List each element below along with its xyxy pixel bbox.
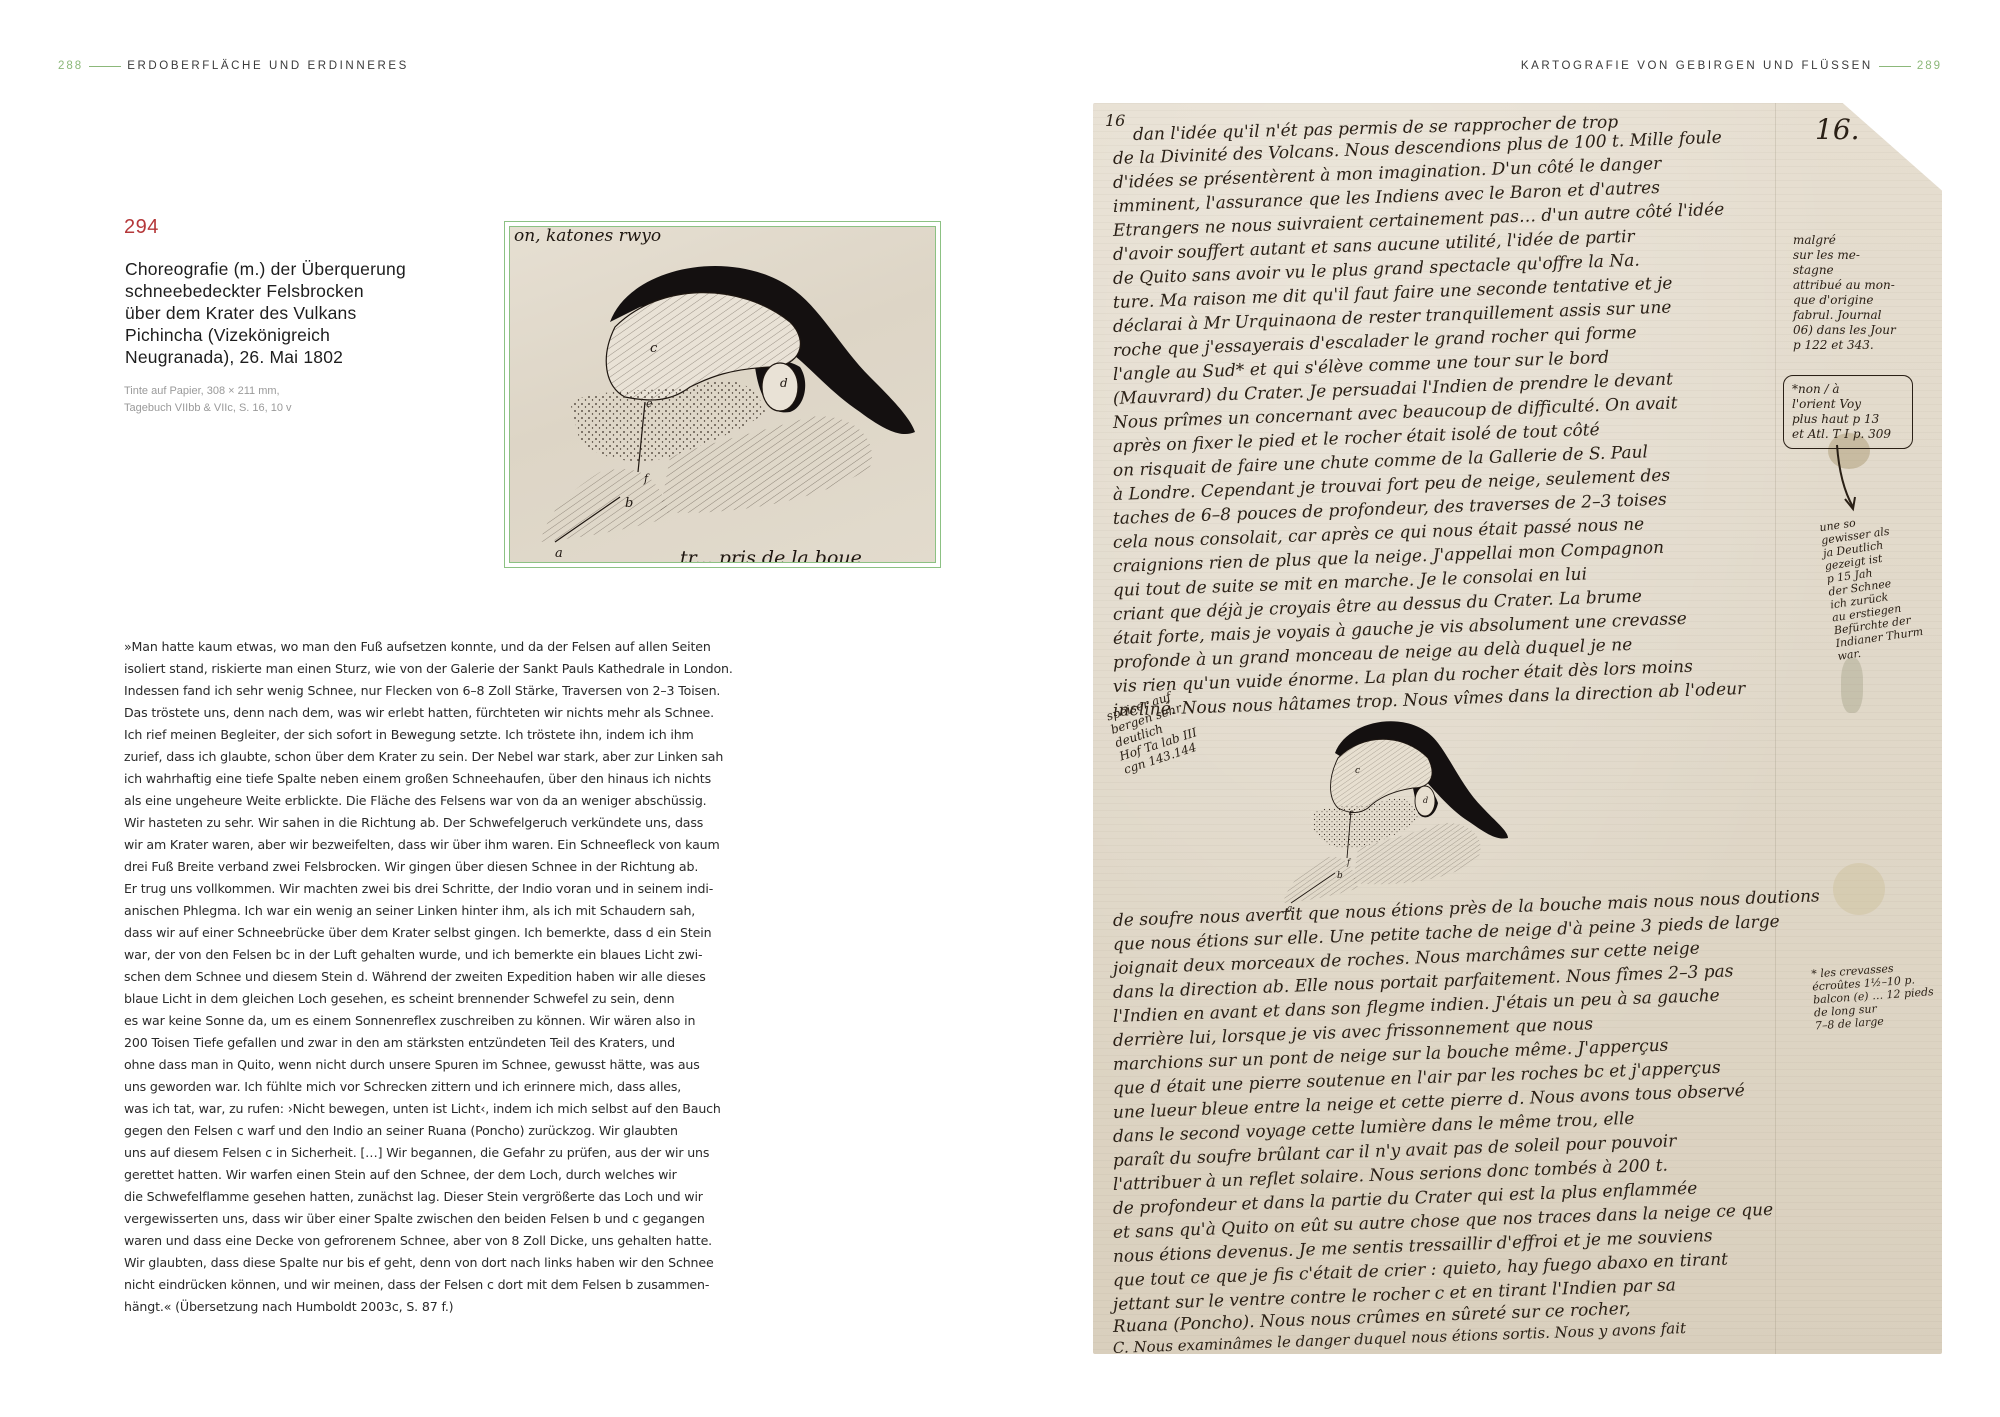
quote-line: ich wahrhaftig eine tiefe Spalte neben e… [124,768,764,790]
quote-line: Er trug uns vollkommen. Wir machten zwei… [124,878,764,900]
svg-text:on, katones rwyo: on, katones rwyo [514,227,661,246]
quote-line: Indessen fand ich sehr wenig Schnee, nur… [124,680,764,702]
quote-line: die Schwefelflamme gesehen hatten, zunäc… [124,1186,764,1208]
quote-line: was ich tat, war, zu rufen: ›Nicht beweg… [124,1098,764,1120]
margin-note: * les crevasses écroûtes 1½–10 p. balcon… [1811,959,1942,1033]
quote-line: nicht eindrücken können, und wir meinen,… [124,1274,764,1296]
quote-line: wir am Krater waren, aber wir bezweifelt… [124,834,764,856]
quote-line: gerettet hatten. Wir warfen einen Stein … [124,1164,764,1186]
folio-number-right: 16. [1815,113,1860,146]
quote-line: als eine ungeheure Weite erblickte. Die … [124,790,764,812]
svg-text:b: b [625,496,633,511]
quote-line: isoliert stand, riskierte man einen Stur… [124,658,764,680]
svg-text:c: c [1355,766,1360,776]
quote-line: 200 Toisen Tiefe gefallen und zwar in de… [124,1032,764,1054]
quote-line: dass wir auf einer Schneebrücke über dem… [124,922,764,944]
svg-text:d: d [780,376,788,390]
quote-line: gegen den Felsen c warf und den Indio an… [124,1120,764,1142]
quote-line: vergewisserten uns, dass wir über einer … [124,1208,764,1230]
page-number-right: 289 [1917,60,1942,72]
margin-note: une so gewisser als ja Deutlich gezeigt … [1819,506,1942,663]
page-number-left: 288 [58,60,83,72]
chapter-title-left: ERDOBERFLÄCHE UND ERDINNERES [127,60,409,72]
catalog-title: Choreografie (m.) der Überquerung schnee… [125,258,465,368]
running-head-rule [1879,66,1911,67]
quote-line: es war keine Sonne da, um es einem Sonne… [124,1010,764,1032]
quote-line: drei Fuß Breite verband zwei Felsbrocken… [124,856,764,878]
running-head-right: KARTOGRAFIE VON GEBIRGEN UND FLÜSSEN 289 [1521,58,1942,74]
quote-line: anischen Phlegma. Ich war ein wenig an s… [124,900,764,922]
chapter-title-right: KARTOGRAFIE VON GEBIRGEN UND FLÜSSEN [1521,60,1873,72]
quote-line: »Man hatte kaum etwas, wo man den Fuß au… [124,636,764,658]
detail-sketch: on, katones rwyo c d e f b a tr... pris … [509,226,936,563]
folio-number-left: 16 [1105,111,1125,130]
quote-line: Das tröstete uns, denn nach dem, was wir… [124,702,764,724]
quote-line: uns auf diesem Felsen c in Sicherheit. [… [124,1142,764,1164]
svg-text:e: e [1349,808,1354,817]
crater-sketch-icon: c d e f b a [1263,703,1523,913]
svg-text:c: c [650,341,658,356]
quote-line: schen dem Schnee und diesem Stein d. Wäh… [124,966,764,988]
svg-text:tr... pris de la boue: tr... pris de la boue [680,547,862,563]
quote-line: Ich rief meinen Begleiter, der sich sofo… [124,724,764,746]
catalog-number: 294 [124,216,159,239]
crater-sketch-detail-icon: on, katones rwyo c d e f b a tr... pris … [510,227,936,563]
quote-line: waren und dass eine Decke von gefrorenem… [124,1230,764,1252]
quote-line: hängt.« (Übersetzung nach Humboldt 2003c… [124,1296,764,1318]
stain [1841,658,1863,713]
svg-text:d: d [1423,796,1428,805]
margin-note: malgré sur les me- stagne attribué au mo… [1793,233,1933,353]
manuscript-page-image: 16 16. dan l'idée qu'il n'ét pas permis … [1093,103,1942,1354]
svg-text:f: f [1346,858,1352,867]
running-head-rule [89,66,121,67]
margin-note-boxed: *non / à l'orient Voy plus haut p 13 et … [1783,375,1913,449]
quote-line: uns geworden war. Ich fühlte mich vor Sc… [124,1076,764,1098]
svg-text:a: a [555,546,563,561]
arrow-icon [1833,443,1863,513]
quote-line: Wir hasteten zu sehr. Wir sahen in die R… [124,812,764,834]
quote-line: blaue Licht in dem gleichen Loch gesehen… [124,988,764,1010]
quote-body: »Man hatte kaum etwas, wo man den Fuß au… [124,636,764,1318]
detail-image-frame: on, katones rwyo c d e f b a tr... pris … [504,221,941,568]
svg-text:b: b [1337,871,1343,881]
quote-line: zurief, dass ich glaubte, schon über dem… [124,746,764,768]
quote-line: Wir glaubten, dass diese Spalte nur bis … [124,1252,764,1274]
quote-line: ohne dass man in Quito, wenn nicht durch… [124,1054,764,1076]
stain [1833,863,1885,915]
catalog-meta: Tinte auf Papier, 308 × 211 mm, Tagebuch… [124,383,424,417]
running-head-left: 288 ERDOBERFLÄCHE UND ERDINNERES [58,58,409,74]
svg-text:e: e [646,397,653,410]
quote-line: war, der von den Felsen bc in der Luft g… [124,944,764,966]
margin-fold-line [1775,103,1776,1354]
